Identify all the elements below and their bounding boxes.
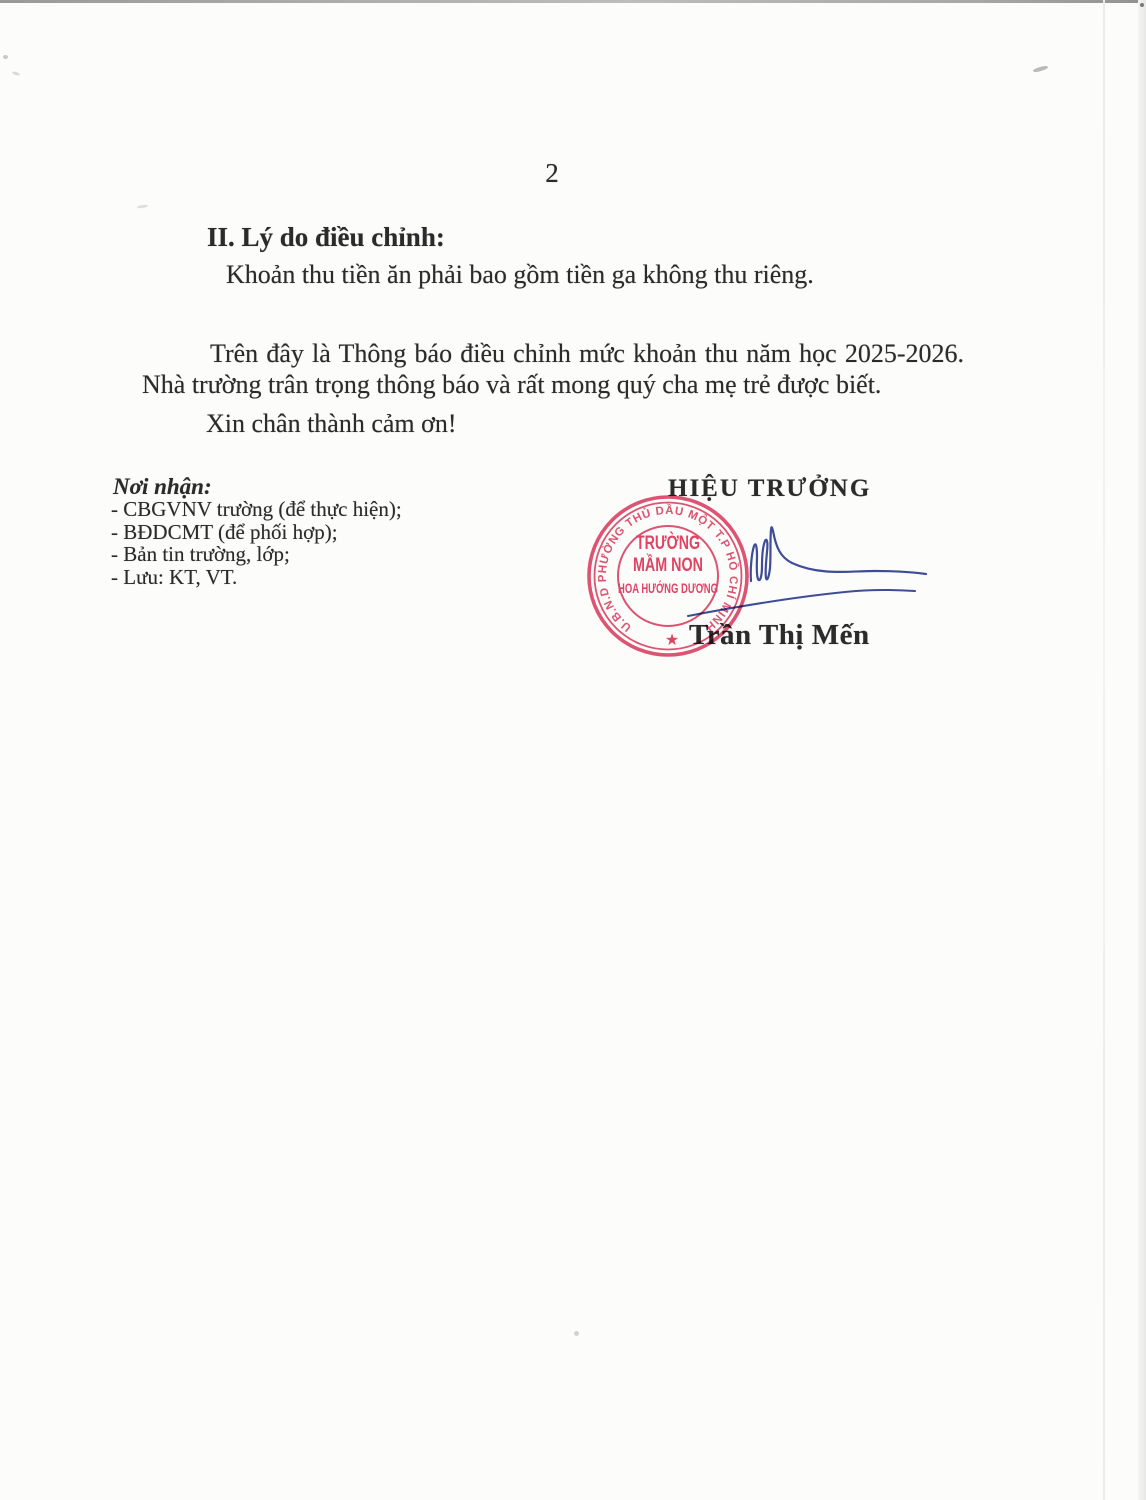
thanks-line: Xin chân thành cảm ơn!	[206, 409, 457, 439]
signature-stroke-underline	[688, 590, 915, 616]
scan-speck	[574, 1331, 579, 1336]
recipient-item: - Lưu: KT, VT.	[111, 566, 402, 589]
scan-right-edge-band	[1138, 0, 1146, 1500]
scan-speck	[1033, 65, 1049, 73]
recipients-list: - CBGVNV trường (để thực hiện); - BĐDCMT…	[111, 498, 402, 588]
scan-top-edge-line	[0, 0, 1146, 3]
signature-stroke-main	[751, 527, 926, 581]
section-body-line: Khoản thu tiền ăn phải bao gồm tiền ga k…	[226, 260, 814, 290]
recipient-item: - CBGVNV trường (để thực hiện);	[111, 498, 402, 521]
closing-paragraph-line2: Nhà trường trân trọng thông báo và rất m…	[142, 370, 881, 400]
scan-speck	[12, 71, 21, 76]
recipient-item: - Bản tin trường, lớp;	[111, 543, 402, 566]
page-number: 2	[142, 158, 962, 189]
scan-speck	[137, 204, 148, 209]
scan-vertical-line	[1103, 0, 1105, 1500]
closing-paragraph-line1: Trên đây là Thông báo điều chỉnh mức kho…	[210, 339, 964, 369]
handwritten-signature	[550, 495, 950, 635]
scan-speck	[3, 55, 8, 59]
scan-speck	[1140, 3, 1144, 7]
section-heading: II. Lý do điều chỉnh:	[207, 222, 445, 253]
scanned-document-page: 2 II. Lý do điều chỉnh: Khoản thu tiền ă…	[0, 0, 1146, 1500]
recipient-item: - BĐDCMT (để phối hợp);	[111, 521, 402, 544]
